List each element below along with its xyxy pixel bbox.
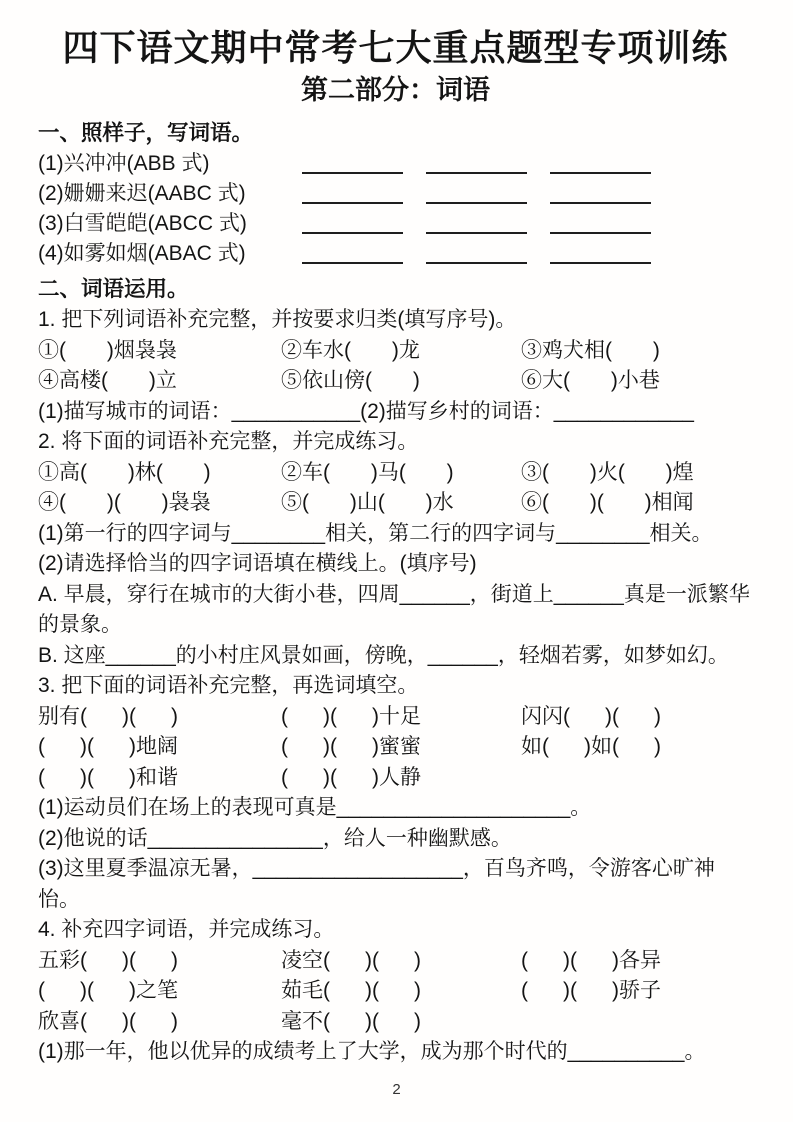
word-item: 凌空( )( ) [281, 946, 521, 977]
example-row-2: (2)姗姗来迟(AABC 式) [38, 179, 753, 209]
word-item: ②车水( )龙 [281, 336, 521, 367]
example-label: (2)姗姗来迟(AABC 式) [38, 179, 302, 209]
answer-blank [426, 262, 527, 264]
word-item: ( )( )和谐 [38, 763, 281, 794]
q3-word-row-2: ( )( )地阔 ( )( )蜜蜜 如( )如( ) [38, 732, 753, 763]
q4-word-row-3: 欣喜( )( ) 毫不( )( ) [38, 1007, 753, 1038]
q1-word-row-1: ①( )烟袅袅 ②车水( )龙 ③鸡犬相( ) [38, 336, 753, 367]
word-item [521, 763, 753, 794]
q4-word-row-1: 五彩( )( ) 凌空( )( ) ( )( )各异 [38, 946, 753, 977]
answer-blank [550, 172, 651, 174]
word-item: ⑤( )山( )水 [281, 488, 521, 519]
q1-word-row-2: ④高楼( )立 ⑤依山傍( ) ⑥大( )小巷 [38, 366, 753, 397]
example-label: (1)兴冲冲(ABB 式) [38, 149, 302, 179]
example-row-4: (4)如雾如烟(ABAC 式) [38, 239, 753, 269]
word-item: ③鸡犬相( ) [521, 336, 753, 367]
page-title: 四下语文期中常考七大重点题型专项训练 [38, 26, 753, 70]
word-item: 毫不( )( ) [281, 1007, 521, 1038]
word-item: ( )( )地阔 [38, 732, 281, 763]
answer-blank [426, 172, 527, 174]
q4-sub-question-1: (1)那一年，他以优异的成绩考上了大学，成为那个时代的__________。 [38, 1037, 753, 1068]
q2-sub-question-1: (1)第一行的四字词与________相关，第二行的四字词与________相关… [38, 519, 753, 550]
answer-blank [302, 232, 403, 234]
answer-blank [550, 202, 651, 204]
word-item: ( )( )人静 [281, 763, 521, 794]
q2-sub-question-2: (2)请选择恰当的四字词语填在横线上。(填序号) [38, 549, 753, 580]
section-one-heading: 一、照样子，写词语。 [38, 118, 753, 149]
word-item: ⑥大( )小巷 [521, 366, 753, 397]
word-item: ( )( )十足 [281, 702, 521, 733]
word-item: ⑤依山傍( ) [281, 366, 521, 397]
word-item: ①( )烟袅袅 [38, 336, 281, 367]
word-item: ( )( )各异 [521, 946, 753, 977]
example-label: (3)白雪皑皑(ABCC 式) [38, 209, 302, 239]
q2-prompt: 2. 将下面的词语补充完整，并完成练习。 [38, 427, 753, 458]
q3-word-row-1: 别有( )( ) ( )( )十足 闪闪( )( ) [38, 702, 753, 733]
page-subtitle: 第二部分：词语 [38, 72, 753, 108]
q3-word-row-3: ( )( )和谐 ( )( )人静 [38, 763, 753, 794]
section-two-heading: 二、词语运用。 [38, 274, 753, 305]
page-number: 2 [0, 1081, 793, 1098]
worksheet-page: 四下语文期中常考七大重点题型专项训练 第二部分：词语 一、照样子，写词语。 (1… [0, 0, 793, 1122]
word-item: ④高楼( )立 [38, 366, 281, 397]
word-item: ①高( )林( ) [38, 458, 281, 489]
word-item: ③( )火( )煌 [521, 458, 753, 489]
answer-blank [426, 232, 527, 234]
answer-blank [302, 202, 403, 204]
word-item: 别有( )( ) [38, 702, 281, 733]
q3-sub-question-2: (2)他说的话_______________，给人一种幽默感。 [38, 824, 753, 855]
example-row-3: (3)白雪皑皑(ABCC 式) [38, 209, 753, 239]
example-label: (4)如雾如烟(ABAC 式) [38, 239, 302, 269]
q3-sub-question-3: (3)这里夏季温凉无暑，__________________，百鸟齐鸣，令游客心… [38, 854, 753, 915]
answer-blank [550, 262, 651, 264]
q2-sentence-b: B. 这座______的小村庄风景如画，傍晚，______，轻烟若雾，如梦如幻。 [38, 641, 753, 672]
word-item: ⑥( )( )相闻 [521, 488, 753, 519]
word-item: ②车( )马( ) [281, 458, 521, 489]
answer-blank [302, 262, 403, 264]
q4-word-row-2: ( )( )之笔 茹毛( )( ) ( )( )骄子 [38, 976, 753, 1007]
answer-blank [426, 202, 527, 204]
word-item: ( )( )骄子 [521, 976, 753, 1007]
q2-sentence-a: A. 早晨，穿行在城市的大街小巷，四周______，街道上______真是一派繁… [38, 580, 753, 641]
word-item: 欣喜( )( ) [38, 1007, 281, 1038]
word-item: ( )( )蜜蜜 [281, 732, 521, 763]
q1-sub-question: (1)描写城市的词语：___________(2)描写乡村的词语：_______… [38, 397, 753, 428]
q2-word-row-2: ④( )( )袅袅 ⑤( )山( )水 ⑥( )( )相闻 [38, 488, 753, 519]
q1-prompt: 1. 把下列词语补充完整，并按要求归类(填写序号)。 [38, 305, 753, 336]
q3-sub-question-1: (1)运动员们在场上的表现可真是____________________。 [38, 793, 753, 824]
q2-word-row-1: ①高( )林( ) ②车( )马( ) ③( )火( )煌 [38, 458, 753, 489]
word-item: ④( )( )袅袅 [38, 488, 281, 519]
word-item: ( )( )之笔 [38, 976, 281, 1007]
word-item [521, 1007, 753, 1038]
q3-prompt: 3. 把下面的词语补充完整，再选词填空。 [38, 671, 753, 702]
example-row-1: (1)兴冲冲(ABB 式) [38, 149, 753, 179]
word-item: 五彩( )( ) [38, 946, 281, 977]
answer-blank [302, 172, 403, 174]
answer-blank [550, 232, 651, 234]
word-item: 如( )如( ) [521, 732, 753, 763]
word-item: 闪闪( )( ) [521, 702, 753, 733]
q4-prompt: 4. 补充四字词语，并完成练习。 [38, 915, 753, 946]
word-item: 茹毛( )( ) [281, 976, 521, 1007]
